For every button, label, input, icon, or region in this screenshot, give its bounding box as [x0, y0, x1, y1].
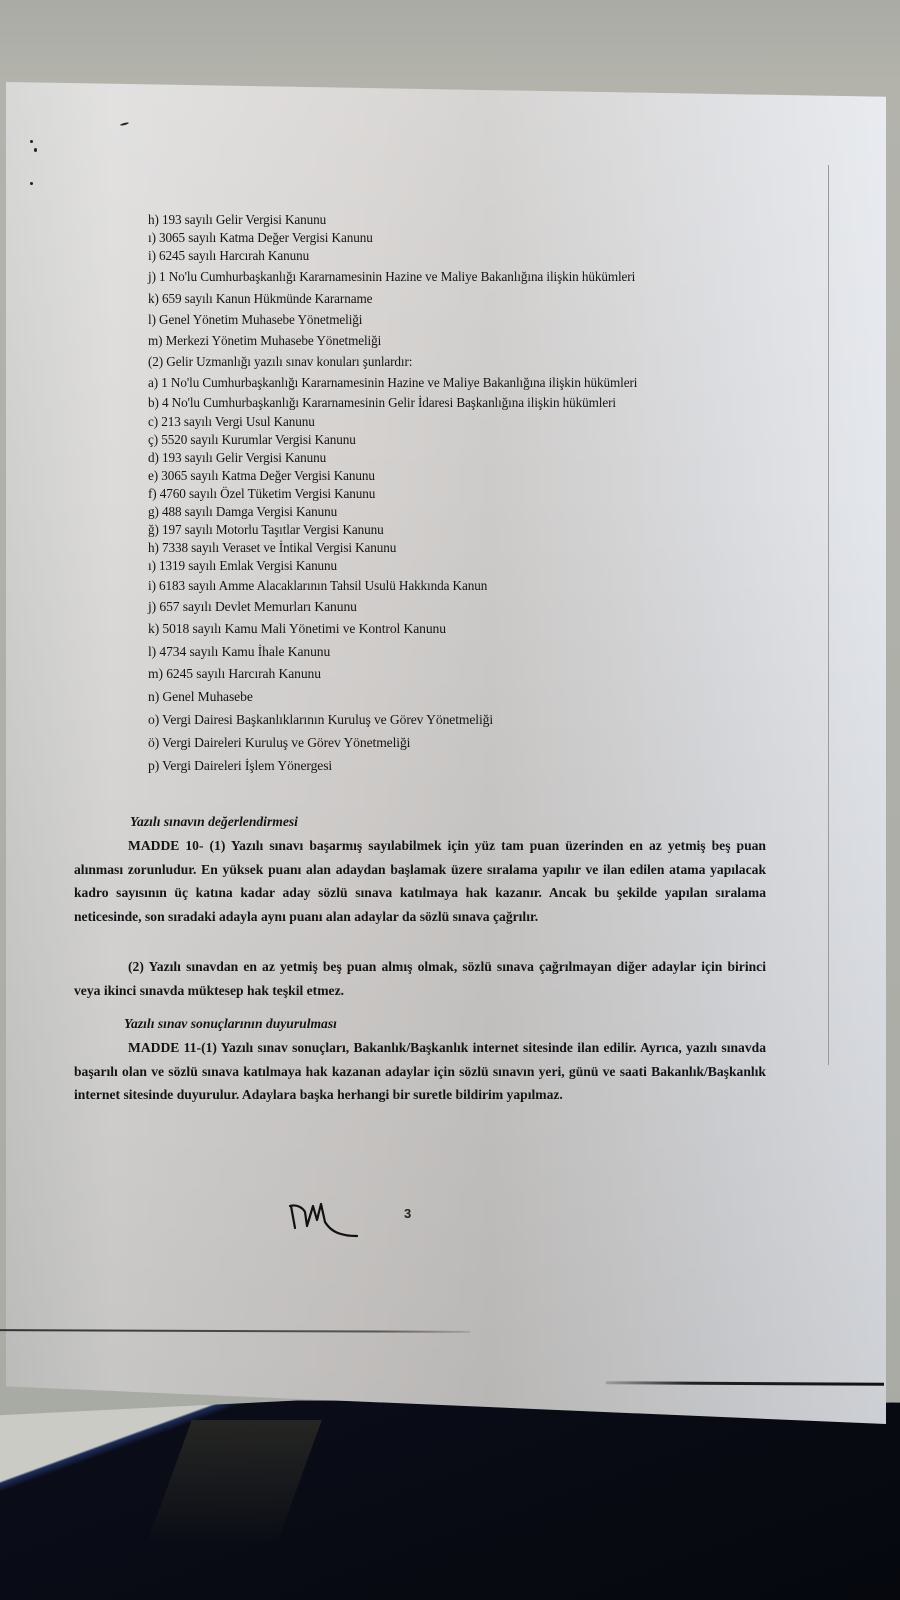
punch-mark	[34, 148, 37, 152]
list-item: k) 5018 sayılı Kamu Mali Yönetimi ve Kon…	[148, 618, 788, 640]
list-item: k) 659 sayılı Kanun Hükmünde Kararname	[148, 288, 788, 309]
section-heading: Yazılı sınavın değerlendirmesi	[130, 810, 822, 834]
list-item: ı) 3065 sayılı Katma Değer Vergisi Kanun…	[148, 229, 788, 247]
list-item: p) Vergi Daireleri İşlem Yönergesi	[148, 754, 788, 777]
list-item: j) 1 No'lu Cumhurbaşkanlığı Kararnamesin…	[148, 266, 788, 288]
article-11-paragraph-1: MADDE 11-(1) Yazılı sınav sonuçları, Bak…	[74, 1036, 766, 1107]
list-item: ç) 5520 sayılı Kurumlar Vergisi Kanunu	[148, 431, 788, 449]
list-item: l) Genel Yönetim Muhasebe Yönetmeliği	[148, 309, 788, 330]
list-item: i) 6245 sayılı Harcırah Kanunu	[148, 247, 788, 266]
list-item: g) 488 sayılı Damga Vergisi Kanunu	[148, 503, 788, 521]
article-10-paragraph-1: MADDE 10- (1) Yazılı sınavı başarmış say…	[74, 834, 766, 928]
law-list: h) 193 sayılı Gelir Vergisi Kanunu ı) 30…	[148, 211, 788, 777]
desk-surface	[0, 1390, 900, 1600]
list-item: l) 4734 sayılı Kamu İhale Kanunu	[148, 640, 788, 663]
list-item: ı) 1319 sayılı Emlak Vergisi Kanunu	[148, 557, 788, 575]
list-item: j) 657 sayılı Devlet Memurları Kanunu	[148, 596, 788, 618]
list-item: f) 4760 sayılı Özel Tüketim Vergisi Kanu…	[148, 485, 788, 503]
list-item: b) 4 No'lu Cumhurbaşkanlığı Kararnamesin…	[148, 393, 788, 413]
list-item: a) 1 No'lu Cumhurbaşkanlığı Kararnamesin…	[148, 372, 788, 393]
punch-mark	[30, 182, 33, 185]
list-item: h) 7338 sayılı Veraset ve İntikal Vergis…	[148, 539, 788, 557]
section-intro: (2) Gelir Uzmanlığı yazılı sınav konular…	[148, 351, 788, 372]
list-item: e) 3065 sayılı Katma Değer Vergisi Kanun…	[148, 467, 788, 485]
punch-mark	[30, 140, 33, 143]
list-item: i) 6183 sayılı Amme Alacaklarının Tahsil…	[148, 575, 788, 596]
margin-line	[828, 165, 829, 1065]
list-item: ö) Vergi Daireleri Kuruluş ve Görev Yöne…	[148, 731, 788, 754]
list-item: m) Merkezi Yönetim Muhasebe Yönetmeliği	[148, 330, 788, 351]
article-10-paragraph-2: (2) Yazılı sınavdan en az yetmiş beş pua…	[74, 955, 766, 1002]
list-item: m) 6245 sayılı Harcırah Kanunu	[148, 663, 788, 685]
list-item: ğ) 197 sayılı Motorlu Taşıtlar Vergisi K…	[148, 521, 788, 539]
list-item: c) 213 sayılı Vergi Usul Kanunu	[148, 413, 788, 431]
list-item: d) 193 sayılı Gelir Vergisi Kanunu	[148, 449, 788, 467]
section-heading: Yazılı sınav sonuçlarının duyurulması	[124, 1012, 816, 1036]
article-label: MADDE 10-	[128, 838, 203, 853]
signature	[287, 1198, 367, 1243]
list-item: n) Genel Muhasebe	[148, 685, 788, 708]
list-item: o) Vergi Dairesi Başkanlıklarının Kurulu…	[148, 708, 788, 731]
page-number: 3	[404, 1206, 411, 1221]
article-label: MADDE 11-	[128, 1040, 201, 1055]
list-item: h) 193 sayılı Gelir Vergisi Kanunu	[148, 211, 788, 229]
